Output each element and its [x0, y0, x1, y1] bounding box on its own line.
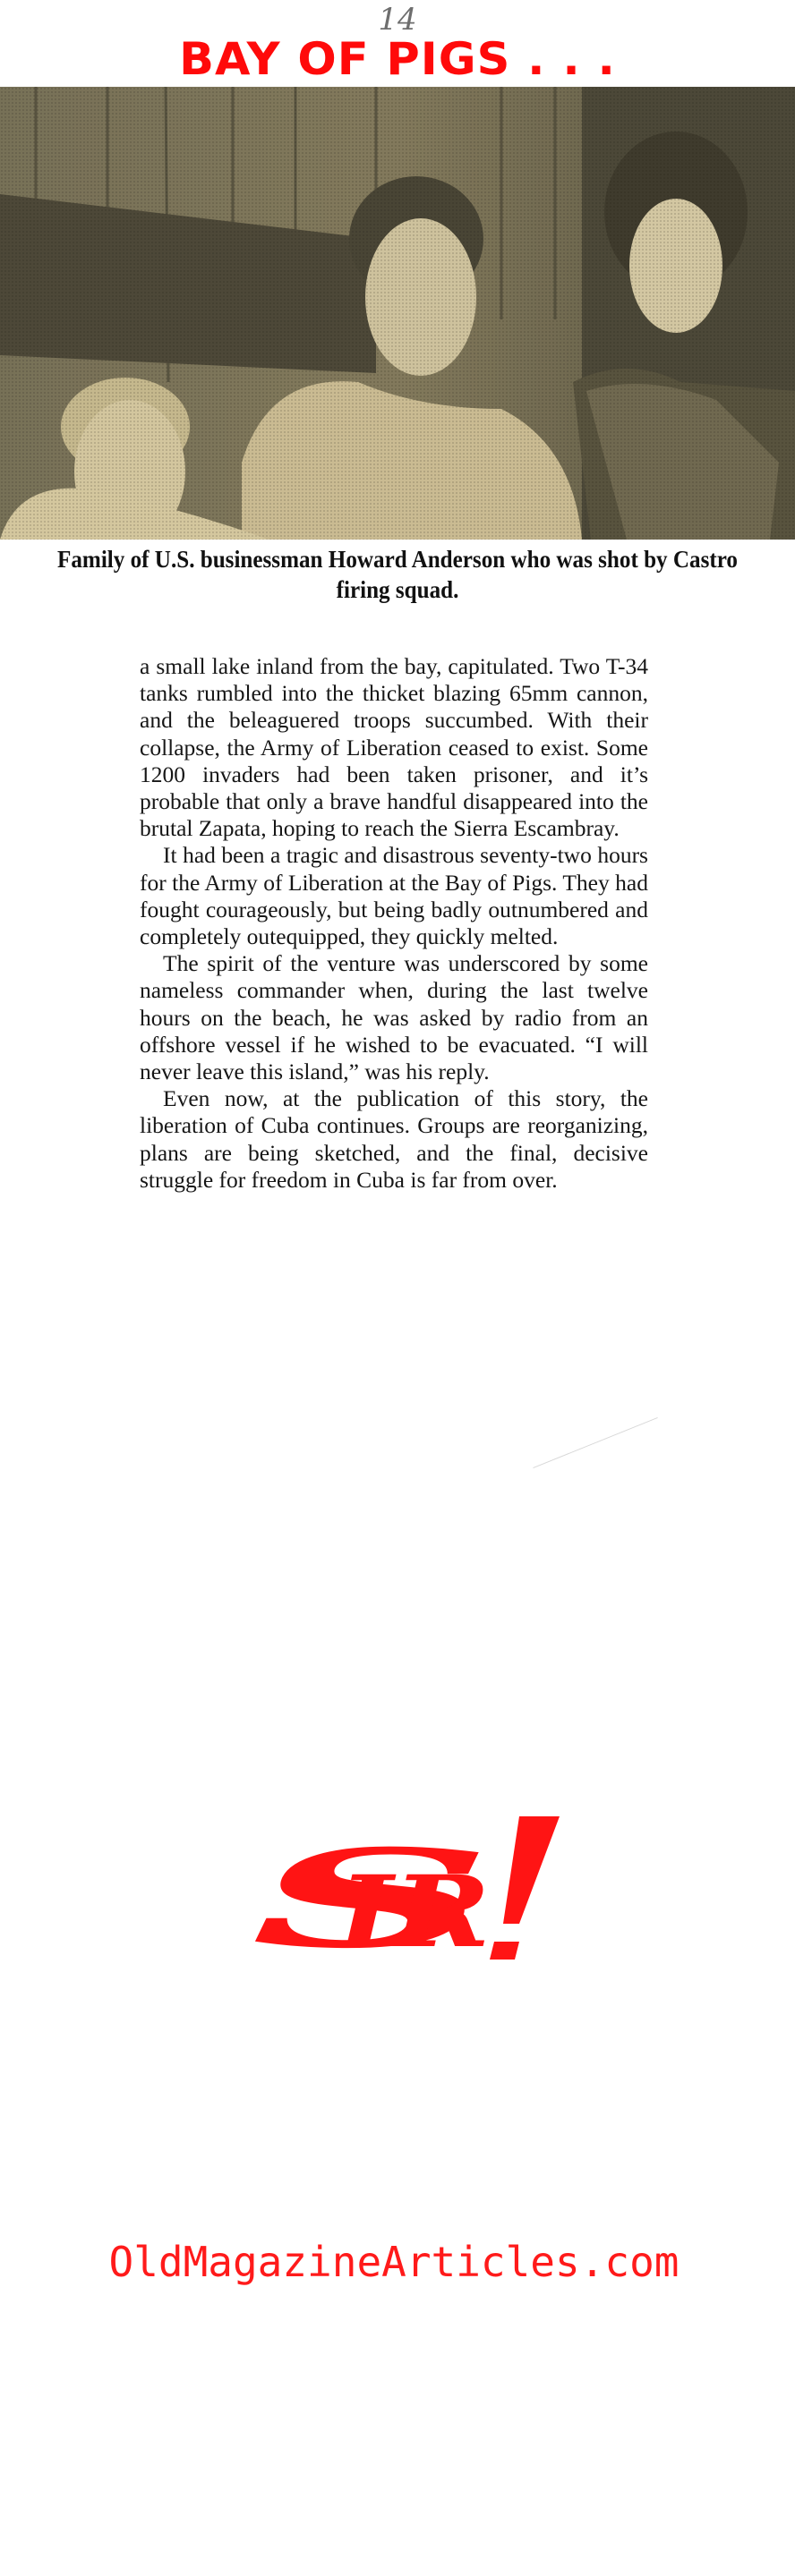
sir-magazine-logo: S IR — [251, 1798, 573, 1968]
article-headline: BAY OF PIGS . . . — [0, 32, 795, 86]
sir-logo-icon: S IR — [251, 1798, 573, 1968]
sir-logo-text-rest: IR — [335, 1854, 491, 1968]
family-photo-icon — [0, 87, 795, 540]
family-photo — [0, 87, 795, 540]
article-paragraph: It had been a tragic and disastrous seve… — [140, 842, 648, 950]
site-watermark: OldMagazineArticles.com — [36, 2235, 752, 2289]
article-paragraph: Even now, at the publication of this sto… — [140, 1085, 648, 1194]
photo-caption: Family of U.S. businessman Howard Anders… — [36, 544, 758, 605]
article-body: a small lake inland from the bay, capitu… — [140, 653, 648, 1194]
scan-artifact-line — [533, 1417, 657, 1468]
article-paragraph: a small lake inland from the bay, capitu… — [140, 653, 648, 842]
article-paragraph: The spirit of the venture was under­scor… — [140, 950, 648, 1085]
